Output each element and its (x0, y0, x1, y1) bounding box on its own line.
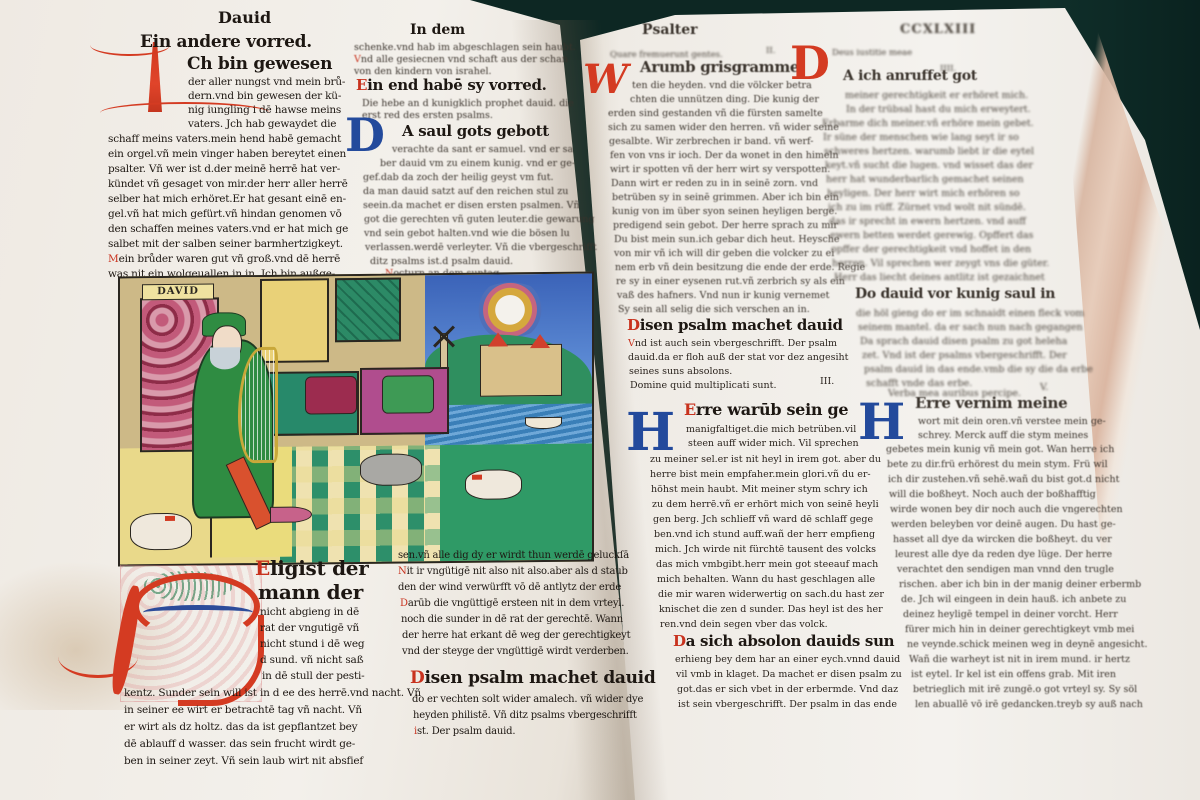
saul-heading: A saul gots gebott (402, 122, 549, 140)
initial-r-decorated (58, 565, 278, 700)
running-head-left: Dauid (218, 8, 271, 27)
running-head-right: Psalter (642, 22, 698, 38)
woodcut-label: DAVID (142, 283, 214, 300)
initial-w-red: W (583, 56, 628, 103)
dog-icon (130, 513, 192, 551)
photo-scene: Dauid Ein andere vorred. Ch bin gewesen … (0, 0, 1200, 800)
preface-heading: Ein end habē sy vorred. (356, 76, 547, 94)
running-head-left-col2: In dem (410, 22, 465, 38)
initial-d-red: D (790, 36, 830, 90)
prologue-heading: Ein andere vorred. (140, 32, 312, 52)
prologue-first-line: Ch bin gewesen (187, 54, 332, 74)
psalm4-heading: A ich anruffet got (843, 68, 977, 84)
psalm5-title-heading: Do dauid vor kunig saul in (855, 286, 1055, 302)
dog-icon (360, 453, 422, 486)
psalm2-heading: Arumb grisgramme (640, 58, 799, 76)
psalm3-title-heading: Disen psalm machet dauid (627, 316, 843, 334)
psalm1-heading-1: Eligist der (255, 556, 368, 580)
psalm5-heading: Erre vernim meine (915, 394, 1067, 412)
psalm2-title-heading: Disen psalm machet dauid (410, 668, 655, 688)
psalm3-heading: Erre warūb sein ge (684, 400, 848, 419)
woodcut-illustration-david: DAVID (118, 272, 594, 567)
folio-number: CCXLXIII (900, 22, 976, 37)
psalm4-title-heading: Da sich absolon dauids sun (673, 632, 894, 650)
initial-d-blue: D (345, 108, 385, 162)
psalm1-heading-2: mann der (258, 580, 363, 604)
